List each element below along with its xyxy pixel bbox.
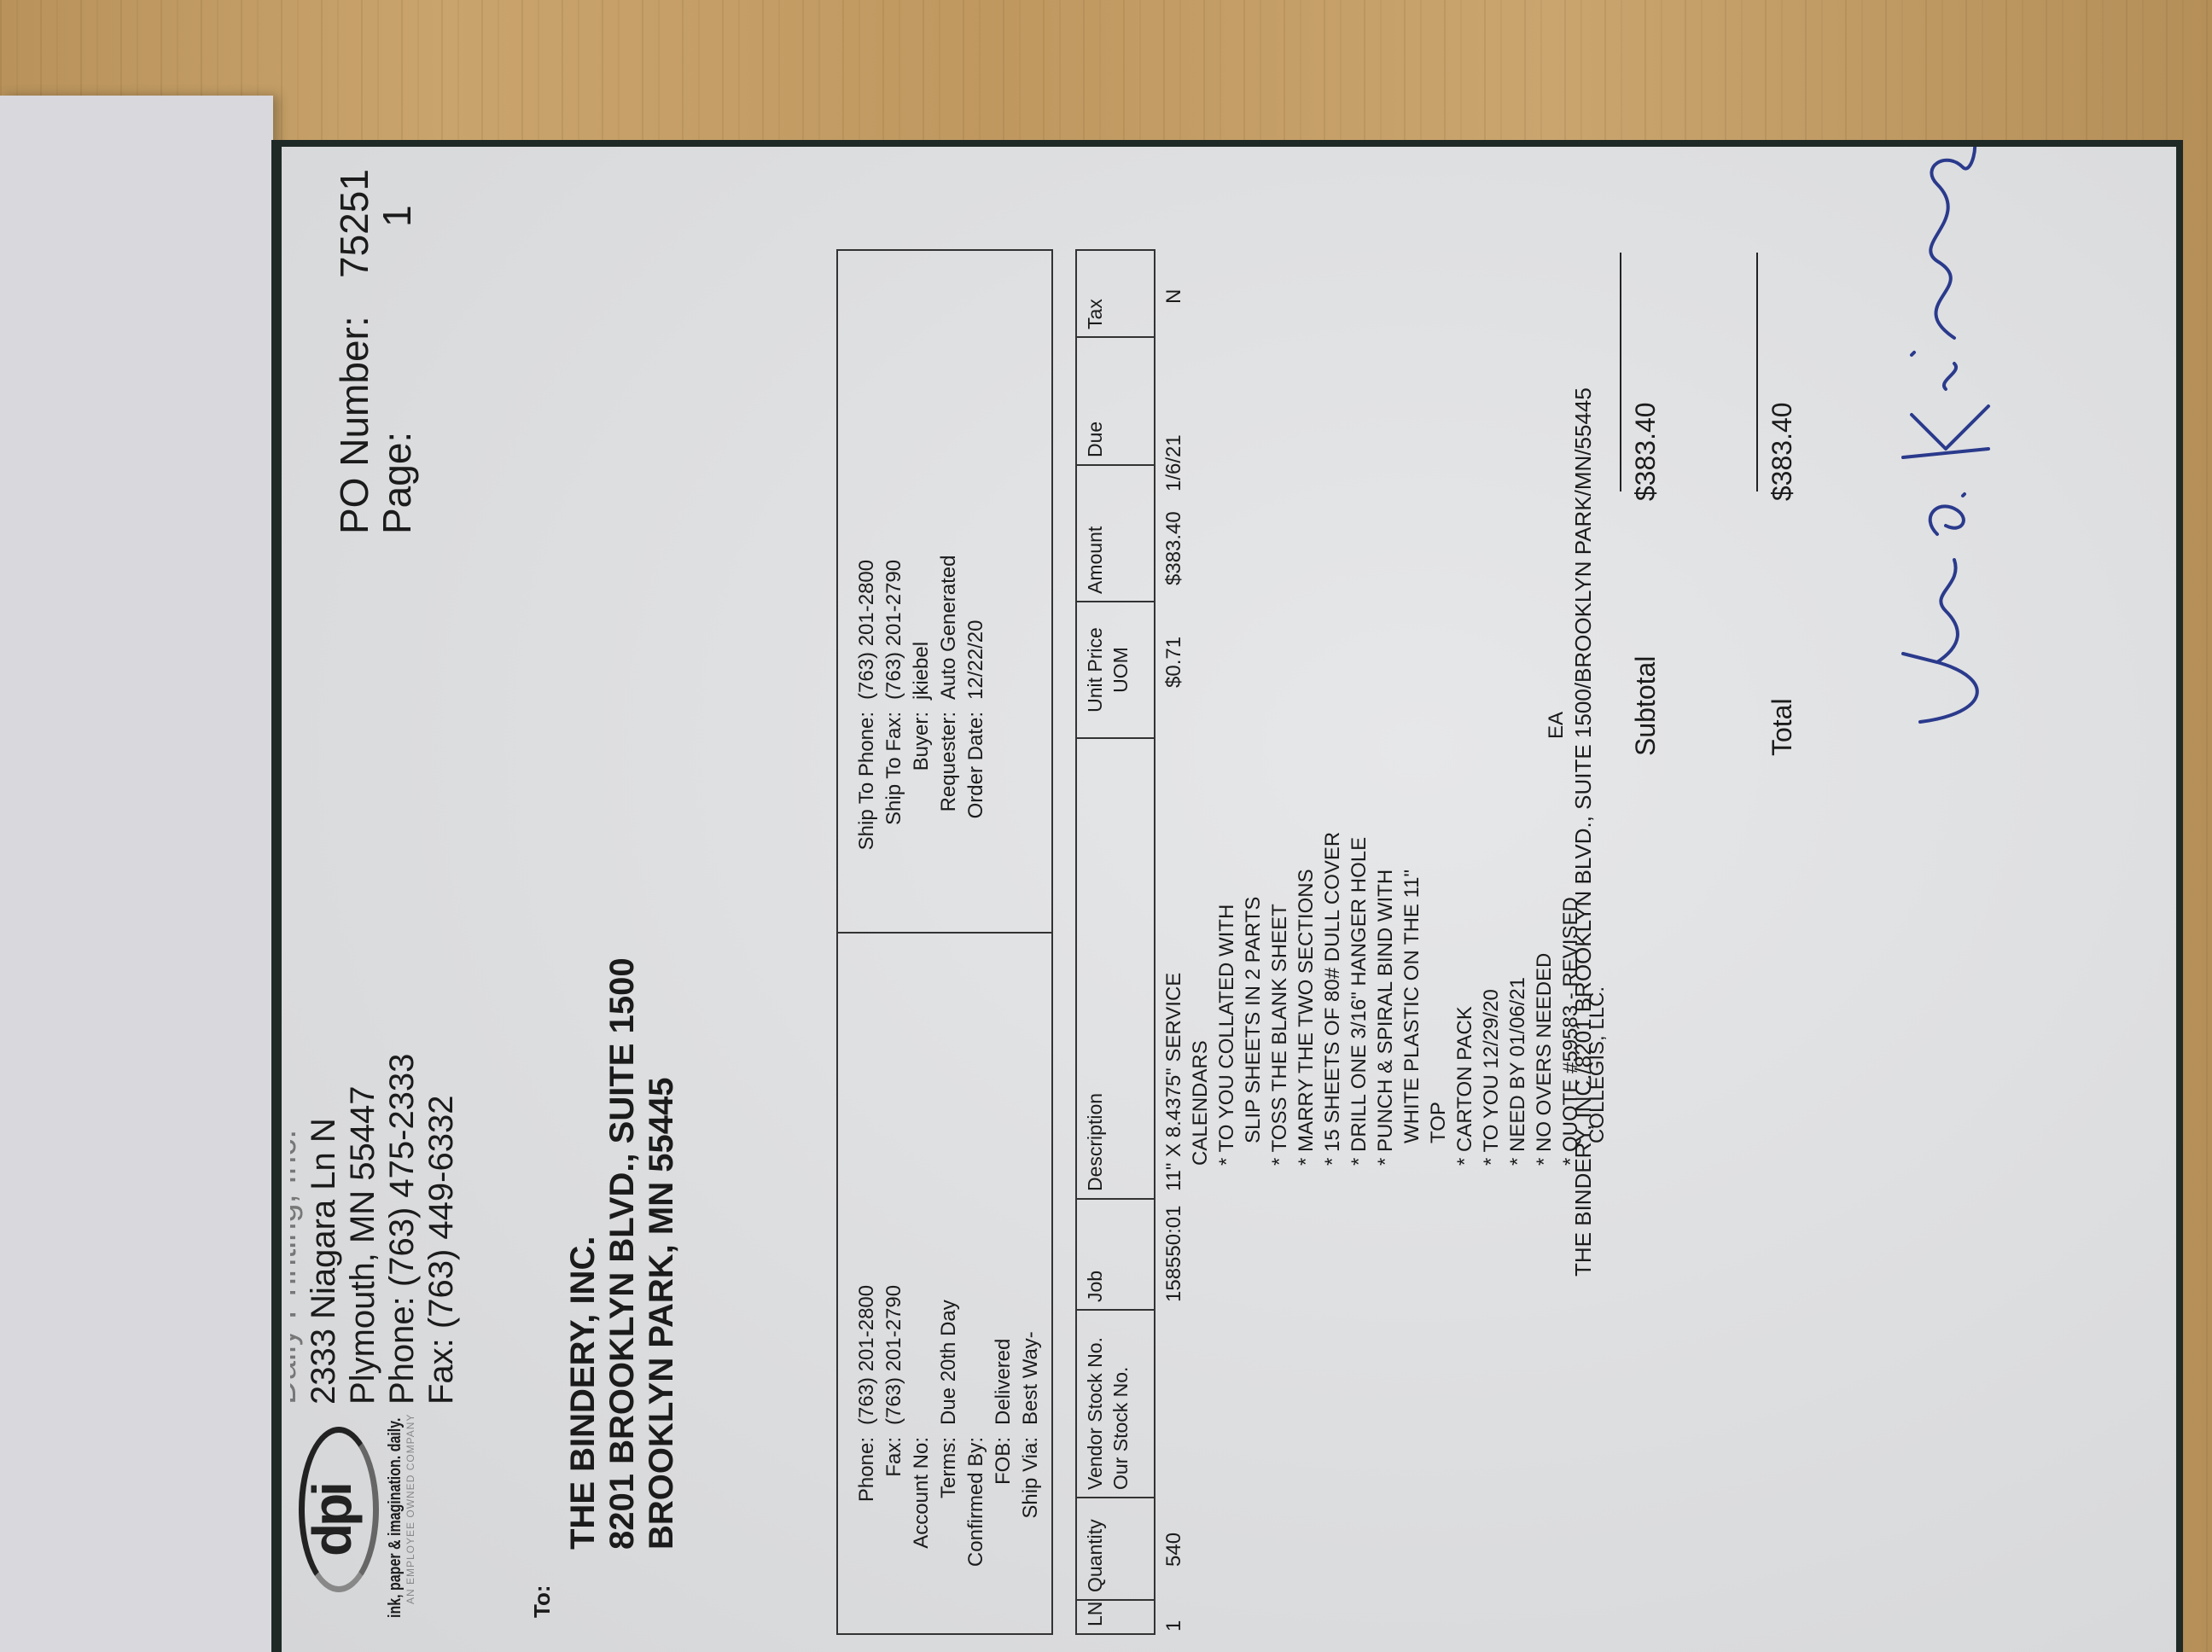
description-line: * TO YOU COLLATED WITH [1214,832,1240,1191]
po-number-label: PO Number: [333,278,375,534]
company-address: Daily Printing, Inc. 2333 Niagara Ln N P… [282,1054,461,1405]
subtotal-value: $383.40 [1630,402,1661,501]
description-line: * MARRY THE TWO SECTIONS [1293,832,1319,1191]
to-label: To: [529,1585,556,1619]
total-label: Total [1767,509,1798,756]
previous-page [0,96,273,1652]
description-line: * TOSS THE BLANK SHEET [1266,832,1293,1191]
row-uom: EA [1545,712,1569,739]
company-tagline: ink, paper & imagination. daily. [386,1418,405,1618]
order-info-value: Auto Generated [935,556,963,700]
order-info-key: Ship To Phone: [853,700,881,891]
subtotal-row: Subtotal $383.40 [1630,402,1662,756]
order-info-row: Ship To Phone:(763) 201-2800 [853,556,881,891]
row-quantity: 540 [1161,1533,1187,1567]
vendor-info-value: Delivered [990,1339,1017,1425]
col-ln: LN [1077,1599,1154,1633]
description-line: WHITE PLASTIC ON THE 11" [1399,832,1425,1191]
description-line: * NO OVERS NEEDED [1531,832,1557,1191]
ship-to-address: THE BINDERY, INC. 8201 BROOKLYN BLVD., S… [563,957,681,1550]
col-uom: UOM [1108,609,1133,730]
col-unit-price: Unit Price [1082,609,1108,730]
row-amount: $383.40 [1161,511,1187,585]
description-line: * DRILL ONE 3/16" HANGER HOLE [1346,832,1372,1191]
company-tagline-sub: AN EMPLOYEE OWNED COMPANY [405,1414,416,1604]
row-unit-price: $0.71 [1161,637,1187,688]
row-ln: 1 [1161,1620,1187,1632]
vendor-info-key: Account No: [908,1425,935,1633]
description-line: * TO YOU 12/29/20 [1478,832,1505,1191]
company-address-line1: 2333 Niagara Ln N [304,1054,343,1405]
vendor-info-key: Phone: [853,1425,881,1633]
col-quantity: Quantity [1077,1497,1154,1599]
po-number: 75251 [332,169,376,278]
vendor-info-value: (763) 201-2800 [853,1285,881,1425]
description-line: * PUNCH & SPIRAL BIND WITH [1372,832,1399,1191]
order-info-key: Order Date: [963,700,990,891]
col-vendor-stock: Vendor Stock No. [1082,1318,1108,1490]
ship-to-address-line2: BROOKLYN PARK, MN 55445 [642,957,681,1550]
order-info: Ship To Phone:(763) 201-2800Ship To Fax:… [853,556,990,891]
vendor-info-key: Fax: [881,1425,908,1633]
subtotal-label: Subtotal [1630,509,1662,756]
order-info-key: Ship To Fax: [881,700,908,891]
company-logo: dpi [290,1430,393,1601]
row-tax: N [1161,289,1187,304]
purchase-order-page: dpi ink, paper & imagination. daily. AN … [282,147,2176,1652]
row-due: 1/6/21 [1161,434,1187,492]
vendor-info-key: Terms: [935,1425,963,1633]
signature [1886,147,2005,730]
total-value: $383.40 [1767,402,1797,501]
company-name: Daily Printing, Inc. [282,1054,304,1405]
order-info-key: Buyer: [908,700,935,891]
order-info-key: Requester: [935,700,963,891]
row-job: 158550:01 [1161,1206,1187,1302]
order-info-row: Requester:Auto Generated [935,556,963,891]
vendor-info-key: Confirmed By: [963,1425,990,1633]
page-label: Page: [375,278,418,534]
vendor-info-row: FOB:Delivered [990,1285,1017,1633]
vendor-info-key: Ship Via: [1017,1425,1045,1633]
vendor-info-value: Due 20th Day [935,1300,963,1425]
col-job: Job [1077,1198,1154,1309]
company-fax: Fax: (763) 449-6332 [422,1054,461,1405]
order-info-value: (763) 201-2800 [853,560,881,700]
company-phone: Phone: (763) 475-2333 [382,1054,422,1405]
col-price: Unit Price UOM [1077,601,1154,737]
description-line: TOP [1425,832,1452,1191]
vendor-info-row: Terms:Due 20th Day [935,1285,963,1633]
order-info-value: (763) 201-2790 [881,560,908,700]
ship-to-name: THE BINDERY, INC. [563,957,602,1550]
vendor-info-key: FOB: [990,1425,1017,1633]
order-info-row: Ship To Fax:(763) 201-2790 [881,556,908,891]
total-row: Total $383.40 [1767,402,1798,756]
description-line: 11" X 8.4375" SERVICE [1161,832,1187,1191]
col-our-stock: Our Stock No. [1108,1318,1133,1490]
vendor-info-row: Account No: [908,1285,935,1633]
col-due: Due [1077,336,1154,464]
vendor-info: Phone:(763) 201-2800Fax:(763) 201-2790Ac… [853,1285,1045,1633]
description-line: * NEED BY 01/06/21 [1505,832,1531,1191]
vendor-info-value: (763) 201-2790 [881,1285,908,1425]
description-line: * 15 SHEETS OF 80# DULL COVER [1319,832,1346,1191]
col-tax: Tax [1077,251,1154,336]
order-info-value: jkiebel [908,642,935,700]
vendor-info-row: Confirmed By: [963,1285,990,1633]
order-info-box: Phone:(763) 201-2800Fax:(763) 201-2790Ac… [836,249,1053,1635]
vendor-info-row: Fax:(763) 201-2790 [881,1285,908,1633]
vendor-info-value: Best Way- [1017,1331,1045,1425]
vendor-info-row: Ship Via:Best Way- [1017,1285,1045,1633]
order-info-row: Buyer:jkiebel [908,556,935,891]
company-address-line2: Plymouth, MN 55447 [343,1054,382,1405]
order-info-value: 12/22/20 [963,620,990,700]
description-line: CALENDARS [1187,832,1214,1191]
col-amount: Amount [1077,464,1154,601]
page-number: 1 [375,205,419,278]
po-header: PO Number:75251 Page:1 [333,169,418,534]
purchase-order-document: dpi ink, paper & imagination. daily. AN … [282,150,2176,1652]
ship-to-footer: THE BINDERY, INC./8201 BROOKLYN BLVD., S… [1570,387,1597,1277]
logo-text: dpi [300,1485,364,1556]
description-line: * CARTON PACK [1452,832,1478,1191]
total-rule [1756,253,1758,492]
info-divider [838,932,1051,934]
vendor-info-row: Phone:(763) 201-2800 [853,1285,881,1633]
col-description: Description [1077,737,1154,1198]
description-line: SLIP SHEETS IN 2 PARTS [1240,832,1266,1191]
col-stock: Vendor Stock No. Our Stock No. [1077,1309,1154,1497]
subtotal-rule [1620,253,1621,492]
order-info-row: Order Date:12/22/20 [963,556,990,891]
row-description: 11" X 8.4375" SERVICECALENDARS* TO YOU C… [1161,832,1610,1191]
line-items-header: LN Quantity Vendor Stock No. Our Stock N… [1075,249,1155,1635]
ship-to-address-line1: 8201 BROOKLYN BLVD., SUITE 1500 [602,957,642,1550]
